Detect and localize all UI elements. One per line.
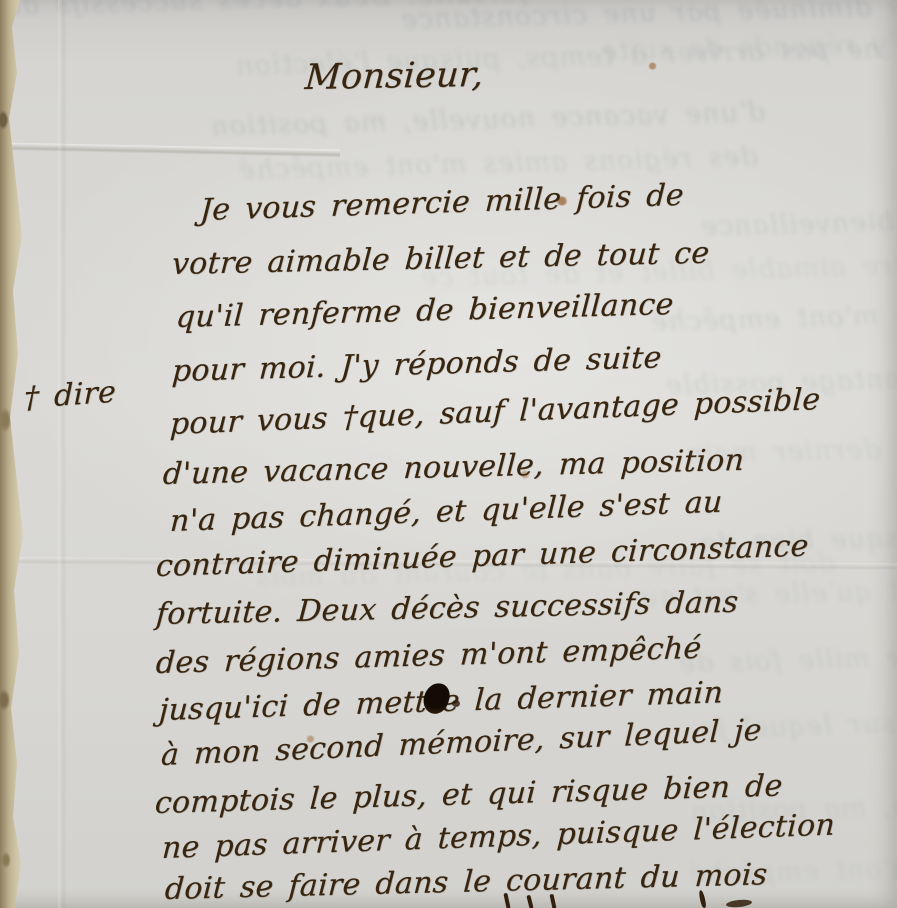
letter-line: doit se faire dans le courant du mois (164, 857, 769, 907)
torn-paper-edge (0, 0, 30, 908)
bleed-through-text: d'une vacance nouvelle, ma position (210, 97, 765, 143)
letter-line: contraire diminuée par une circonstance (155, 528, 810, 584)
bleed-through-text: fortuite. Deux décès successifs dans (0, 0, 527, 22)
salutation: Monsieur, (304, 55, 485, 98)
letter-line: pour vous †que, sauf l'avantage possible (169, 382, 821, 442)
letter-line: d'une vacance nouvelle, ma position (162, 443, 745, 492)
foxing-stain (648, 62, 657, 70)
letter-line: qu'il renferme de bienveillance (175, 287, 675, 335)
letter-line: Je vous remercie mille fois de (199, 178, 685, 228)
letter-line: des régions amies m'ont empêché (155, 631, 703, 681)
margin-note: † dire (24, 375, 117, 417)
letter-line: n'a pas changé, et qu'elle s'est au (169, 485, 723, 539)
bleed-through-text: Je vous remercie mille fois de (678, 636, 897, 679)
bleed-through-text: contraire diminuée par une circonstance (400, 0, 897, 35)
cutoff-line-fragment (726, 899, 753, 908)
letter-line: pour moi. J'y réponds de suite (171, 340, 663, 389)
letter-line: votre aimable billet et de tout ce (171, 236, 711, 282)
bleed-through-text: qu'il renferme de bienveillance (700, 199, 897, 242)
ink-blot (452, 700, 460, 707)
bleed-through-text: pour moi. J'y réponds de suite (600, 24, 897, 67)
paper-fold-crease (58, 0, 67, 908)
bleed-through-text: des régions amies m'ont empêché (650, 293, 897, 338)
paper-fold-crease (0, 142, 340, 157)
letter-line: fortuite. Deux décès successifs dans (155, 585, 740, 632)
manuscript-letter-page: fortuite. Deux décès successifs dans con… (0, 0, 897, 908)
